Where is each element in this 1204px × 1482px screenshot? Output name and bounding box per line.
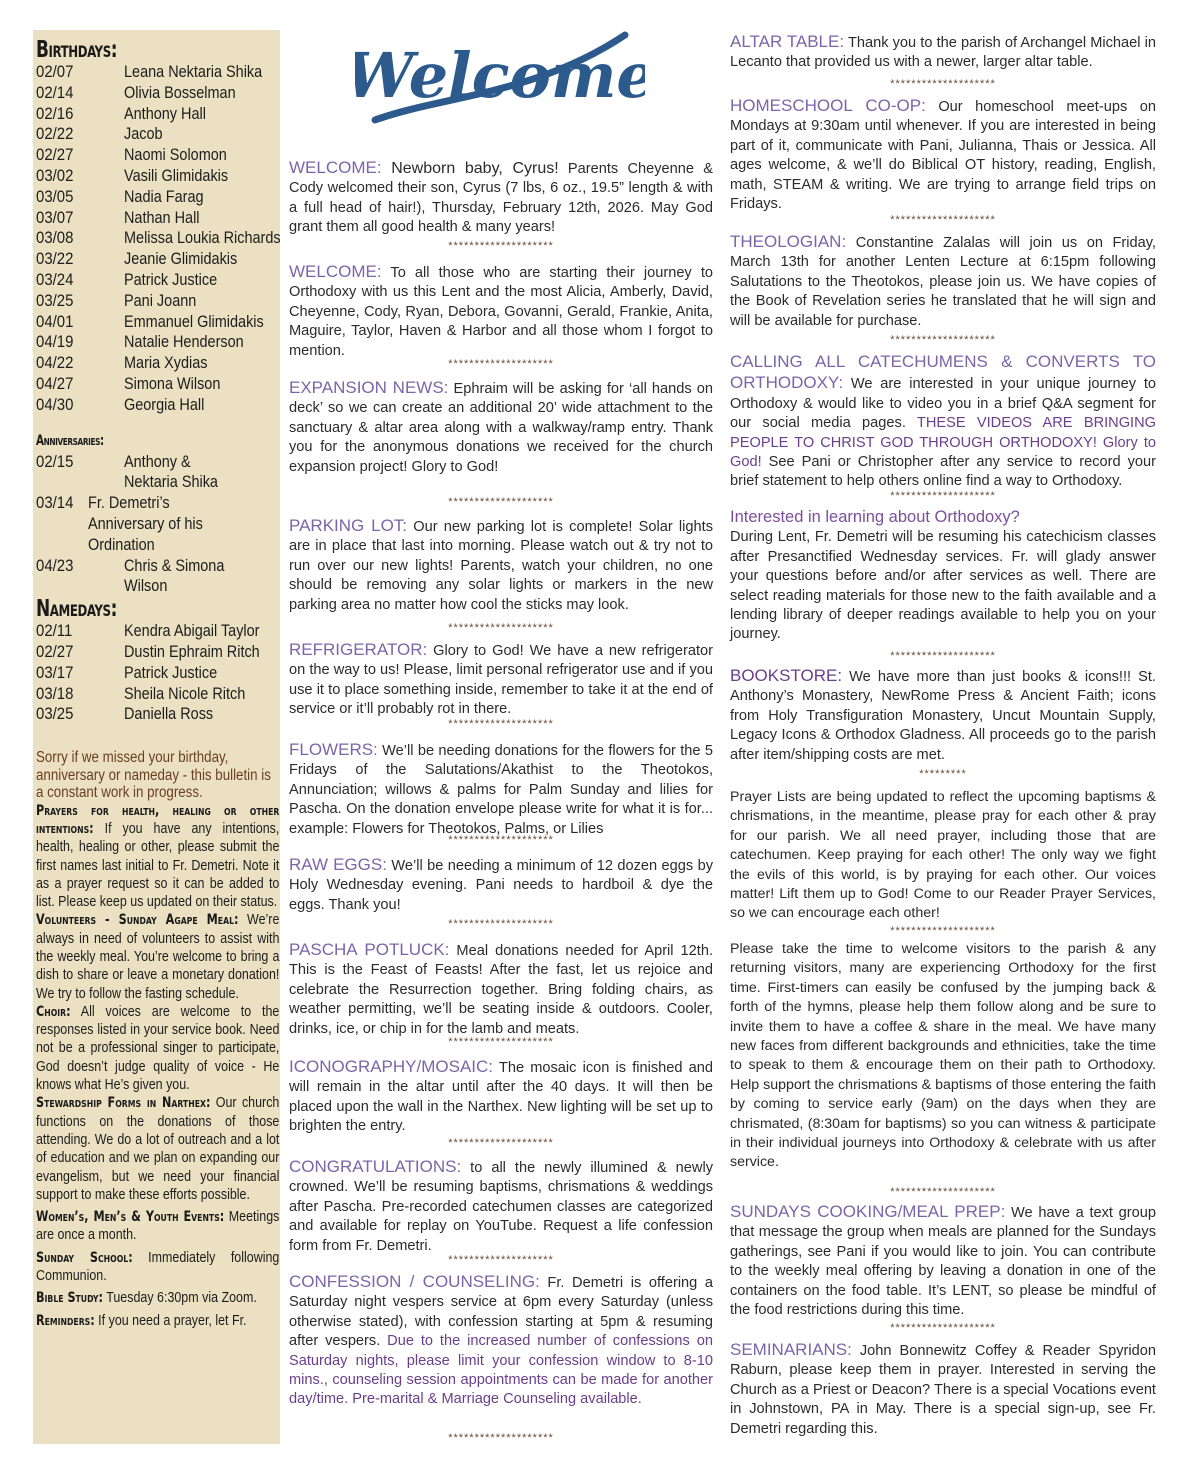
bulletin-item: CALLING ALL CATECHUMENS & CONVERTS TO OR…	[730, 352, 1156, 492]
item-title: ALTAR TABLE:	[730, 32, 844, 51]
block-label: Volunteers - Sunday Agape Meal:	[36, 912, 238, 928]
list-item: 03/14Fr. Demetri’s Anniversary of his Or…	[36, 493, 276, 555]
item-title: HOMESCHOOL CO-OP:	[730, 96, 926, 115]
name: Nadia Farag	[124, 187, 204, 208]
date: 03/25	[36, 704, 113, 725]
svg-text:Welcome: Welcome	[355, 39, 645, 112]
separator-stars: ********************	[289, 1254, 713, 1266]
item-title: PARKING LOT:	[289, 516, 407, 535]
list-item: 02/07Leana Nektaria Shika	[36, 62, 276, 83]
info-block: Women’s, Men’s & Youth Events: Meetings …	[36, 1208, 279, 1245]
list-item: 04/27Simona Wilson	[36, 374, 276, 395]
bulletin-item: WELCOME: To all those who are starting t…	[289, 262, 713, 361]
sidebar-calendar: Birthdays: 02/07Leana Nektaria Shika02/1…	[33, 30, 280, 1444]
list-item: 03/17Patrick Justice	[36, 663, 276, 684]
name: Simona Wilson	[124, 374, 220, 395]
date: 03/22	[36, 249, 113, 270]
name: Melissa Loukia Richards	[124, 228, 281, 249]
info-block: Choir: All voices are welcome to the res…	[36, 1003, 279, 1094]
date: 04/01	[36, 312, 113, 333]
date: 04/27	[36, 374, 113, 395]
date: 02/07	[36, 62, 113, 83]
date: 02/15	[36, 452, 113, 494]
name: Patrick Justice	[124, 270, 217, 291]
bulletin-item: ICONOGRAPHY/MOSAIC: The mosaic icon is f…	[289, 1057, 713, 1137]
bulletin-item: SUNDAYS COOKING/MEAL PREP: We have a tex…	[730, 1202, 1156, 1320]
list-item: 04/23Chris & Simona Wilson	[36, 556, 276, 598]
bulletin-item: SEMINARIANS: John Bonnewitz Coffey & Rea…	[730, 1340, 1156, 1439]
list-item: 02/27Naomi Solomon	[36, 145, 276, 166]
bulletin-item: ALTAR TABLE: Thank you to the parish of …	[730, 32, 1156, 73]
separator-stars: ********************	[730, 1186, 1156, 1198]
list-item: 02/16Anthony Hall	[36, 104, 276, 125]
item-title: CONFESSION / COUNSELING:	[289, 1272, 540, 1291]
item-title: FLOWERS:	[289, 740, 378, 759]
bulletin-item: Please take the time to welcome visitors…	[730, 940, 1156, 1173]
apology-note: Sorry if we missed your birthday, annive…	[36, 749, 277, 802]
name: Nathan Hall	[124, 208, 200, 229]
bulletin-item: Interested in learning about Orthodoxy?D…	[730, 508, 1156, 645]
block-text: Our church functions on the donations of…	[36, 1095, 279, 1202]
date: 03/18	[36, 684, 113, 705]
list-item: 03/24Patrick Justice	[36, 270, 276, 291]
list-item: 02/15Anthony & Nektaria Shika	[36, 452, 276, 494]
info-block: Stewardship Forms in Narthex: Our church…	[36, 1094, 279, 1204]
separator-stars: ********************	[289, 240, 713, 252]
date: 02/14	[36, 83, 113, 104]
bulletin-item: CONFESSION / COUNSELING: Fr. Demetri is …	[289, 1272, 713, 1410]
separator-stars: ********************	[289, 358, 713, 370]
item-title: EXPANSION NEWS:	[289, 378, 448, 397]
item-text: We have a text group that message the gr…	[730, 1205, 1156, 1318]
bulletin-item: HOMESCHOOL CO-OP: Our homeschool meet-up…	[730, 96, 1156, 214]
block-label: Choir:	[36, 1004, 71, 1020]
list-item: 02/27Dustin Ephraim Ritch	[36, 642, 276, 663]
list-item: 03/07Nathan Hall	[36, 208, 276, 229]
block-text: Tuesday 6:30pm via Zoom.	[103, 1290, 257, 1306]
name: Pani Joann	[124, 291, 196, 312]
separator-stars: ********************	[289, 834, 713, 846]
name: Naomi Solomon	[124, 145, 227, 166]
separator-stars: ********************	[289, 1432, 713, 1444]
date: 03/17	[36, 663, 113, 684]
info-block: Reminders: If you need a prayer, let Fr.	[36, 1312, 279, 1330]
block-label: Stewardship Forms in Narthex:	[36, 1095, 210, 1111]
item-title: ICONOGRAPHY/MOSAIC:	[289, 1057, 493, 1076]
separator-stars: ********************	[730, 78, 1156, 90]
list-item: 04/30Georgia Hall	[36, 395, 276, 416]
date: 03/25	[36, 291, 113, 312]
name: Vasili Glimidakis	[124, 166, 228, 187]
name: Natalie Henderson	[124, 332, 244, 353]
item-title: RAW EGGS:	[289, 855, 387, 874]
bulletin-item: THEOLOGIAN: Constantine Zalalas will joi…	[730, 232, 1156, 331]
name: Emmanuel Glimidakis	[124, 312, 264, 333]
separator-stars: ********************	[730, 490, 1156, 502]
list-item: 02/22Jacob	[36, 124, 276, 145]
item-title: PASCHA POTLUCK:	[289, 940, 449, 959]
item-title: SUNDAYS COOKING/MEAL PREP:	[730, 1202, 1005, 1221]
item-lead: Newborn baby, Cyrus!	[382, 160, 559, 177]
separator-stars: ********************	[730, 1322, 1156, 1334]
separator-stars: ********************	[289, 1036, 713, 1048]
date: 03/08	[36, 228, 113, 249]
block-label: Sunday School:	[36, 1250, 133, 1266]
date: 03/05	[36, 187, 113, 208]
date: 02/27	[36, 642, 113, 663]
bulletin-item: RAW EGGS: We’ll be needing a minimum of …	[289, 855, 713, 915]
anniversaries-list: 02/15Anthony & Nektaria Shika03/14Fr. De…	[36, 452, 276, 598]
item-text: During Lent, Fr. Demetri will be resumin…	[730, 529, 1156, 642]
name: Kendra Abigail Taylor	[124, 621, 259, 642]
birthdays-heading: Birthdays:	[36, 38, 233, 62]
separator-stars: ********************	[730, 214, 1156, 226]
date: 04/30	[36, 395, 113, 416]
block-label: Reminders:	[36, 1313, 95, 1329]
item-title: SEMINARIANS:	[730, 1340, 852, 1359]
bulletin-item: Prayer Lists are being updated to reflec…	[730, 788, 1156, 924]
name: Jeanie Glimidakis	[124, 249, 237, 270]
block-label: Women’s, Men’s & Youth Events:	[36, 1209, 224, 1225]
separator-stars: ********************	[289, 718, 713, 730]
bulletin-item: BOOKSTORE: We have more than just books …	[730, 666, 1156, 765]
separator-stars: ********************	[289, 622, 713, 634]
info-block: Sunday School: Immediately following Com…	[36, 1249, 279, 1286]
info-block: Volunteers - Sunday Agape Meal: We’re al…	[36, 911, 279, 1002]
item-text: Our homeschool meet-ups on Mondays at 9:…	[730, 99, 1156, 212]
date: 04/22	[36, 353, 113, 374]
list-item: 03/25Daniella Ross	[36, 704, 276, 725]
item-title: WELCOME:	[289, 158, 382, 177]
date: 02/16	[36, 104, 113, 125]
block-text: If you need a prayer, let Fr.	[95, 1313, 247, 1329]
name: Georgia Hall	[124, 395, 204, 416]
date: 03/07	[36, 208, 113, 229]
date: 03/02	[36, 166, 113, 187]
date: 03/24	[36, 270, 113, 291]
date: 04/19	[36, 332, 113, 353]
list-item: 03/02Vasili Glimidakis	[36, 166, 276, 187]
info-block: Prayers for health, healing or other int…	[36, 802, 279, 912]
namedays-list: 02/11Kendra Abigail Taylor02/27Dustin Ep…	[36, 621, 276, 725]
separator-stars: ********************	[289, 918, 713, 930]
item-title: BOOKSTORE:	[730, 666, 842, 685]
item-title: Interested in learning about Orthodoxy?	[730, 508, 1020, 526]
separator-stars: *********	[730, 768, 1156, 780]
date: 02/27	[36, 145, 113, 166]
list-item: 03/22Jeanie Glimidakis	[36, 249, 276, 270]
bulletin-item: FLOWERS: We’ll be needing donations for …	[289, 740, 713, 839]
namedays-heading: Namedays:	[36, 597, 233, 621]
block-label: Bible Study:	[36, 1290, 103, 1306]
list-item: 03/08Melissa Loukia Richards	[36, 228, 276, 249]
list-item: 02/11Kendra Abigail Taylor	[36, 621, 276, 642]
item-text-continued: See Pani or Christopher after any servic…	[730, 454, 1156, 489]
date: 03/14	[36, 493, 82, 555]
bulletin-item: REFRIGERATOR: Glory to God! We have a ne…	[289, 640, 713, 720]
list-item: 03/05Nadia Farag	[36, 187, 276, 208]
info-block: Bible Study: Tuesday 6:30pm via Zoom.	[36, 1289, 279, 1307]
date: 04/23	[36, 556, 113, 598]
list-item: 04/01Emmanuel Glimidakis	[36, 312, 276, 333]
name: Anthony & Nektaria Shika	[124, 452, 226, 494]
welcome-script-icon: Welcome	[355, 25, 645, 130]
item-title: THEOLOGIAN:	[730, 232, 846, 251]
bulletin-item: PASCHA POTLUCK: Meal donations needed fo…	[289, 940, 713, 1039]
list-item: 02/14Olivia Bosselman	[36, 83, 276, 104]
name: Daniella Ross	[124, 704, 213, 725]
separator-stars: ********************	[289, 496, 713, 508]
item-text: Prayer Lists are being updated to reflec…	[730, 789, 1156, 921]
birthdays-list: 02/07Leana Nektaria Shika02/14Olivia Bos…	[36, 62, 276, 416]
bulletin-item: WELCOME: Newborn baby, Cyrus! Parents Ch…	[289, 158, 713, 238]
separator-stars: ********************	[730, 650, 1156, 662]
list-item: 03/25Pani Joann	[36, 291, 276, 312]
block-text: All voices are welcome to the responses …	[36, 1004, 279, 1093]
name: Patrick Justice	[124, 663, 217, 684]
name: Fr. Demetri’s Anniversary of his Ordinat…	[88, 493, 248, 555]
name: Chris & Simona Wilson	[124, 556, 226, 598]
bulletin-item: EXPANSION NEWS: Ephraim will be asking f…	[289, 378, 713, 477]
anniversaries-heading: Anniversaries:	[36, 432, 233, 450]
item-text: Please take the time to welcome visitors…	[730, 941, 1156, 1170]
name: Maria Xydias	[124, 353, 208, 374]
separator-stars: ********************	[289, 1137, 713, 1149]
list-item: 04/22Maria Xydias	[36, 353, 276, 374]
date: 02/22	[36, 124, 113, 145]
sidebar-info-blocks: Prayers for health, healing or other int…	[36, 802, 276, 1330]
item-title: WELCOME:	[289, 262, 382, 281]
bulletin-item: CONGRATULATIONS: to all the newly illumi…	[289, 1157, 713, 1256]
name: Olivia Bosselman	[124, 83, 236, 104]
separator-stars: ********************	[730, 925, 1156, 937]
list-item: 04/19Natalie Henderson	[36, 332, 276, 353]
name: Jacob	[124, 124, 163, 145]
name: Leana Nektaria Shika	[124, 62, 262, 83]
item-title: CONGRATULATIONS:	[289, 1157, 461, 1176]
list-item: 03/18Sheila Nicole Ritch	[36, 684, 276, 705]
date: 02/11	[36, 621, 113, 642]
separator-stars: ********************	[730, 334, 1156, 346]
bulletin-item: PARKING LOT: Our new parking lot is comp…	[289, 516, 713, 615]
item-title: REFRIGERATOR:	[289, 640, 427, 659]
name: Dustin Ephraim Ritch	[124, 642, 260, 663]
name: Anthony Hall	[124, 104, 206, 125]
name: Sheila Nicole Ritch	[124, 684, 245, 705]
